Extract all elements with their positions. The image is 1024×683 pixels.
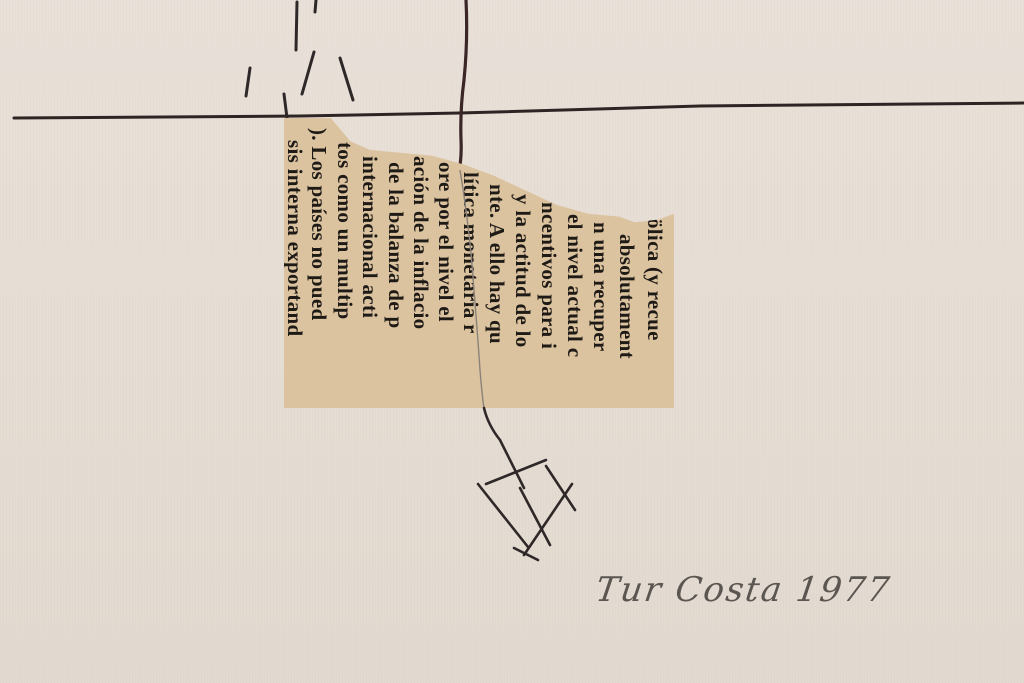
artist-signature: Tur Costa 1977 <box>593 570 893 610</box>
